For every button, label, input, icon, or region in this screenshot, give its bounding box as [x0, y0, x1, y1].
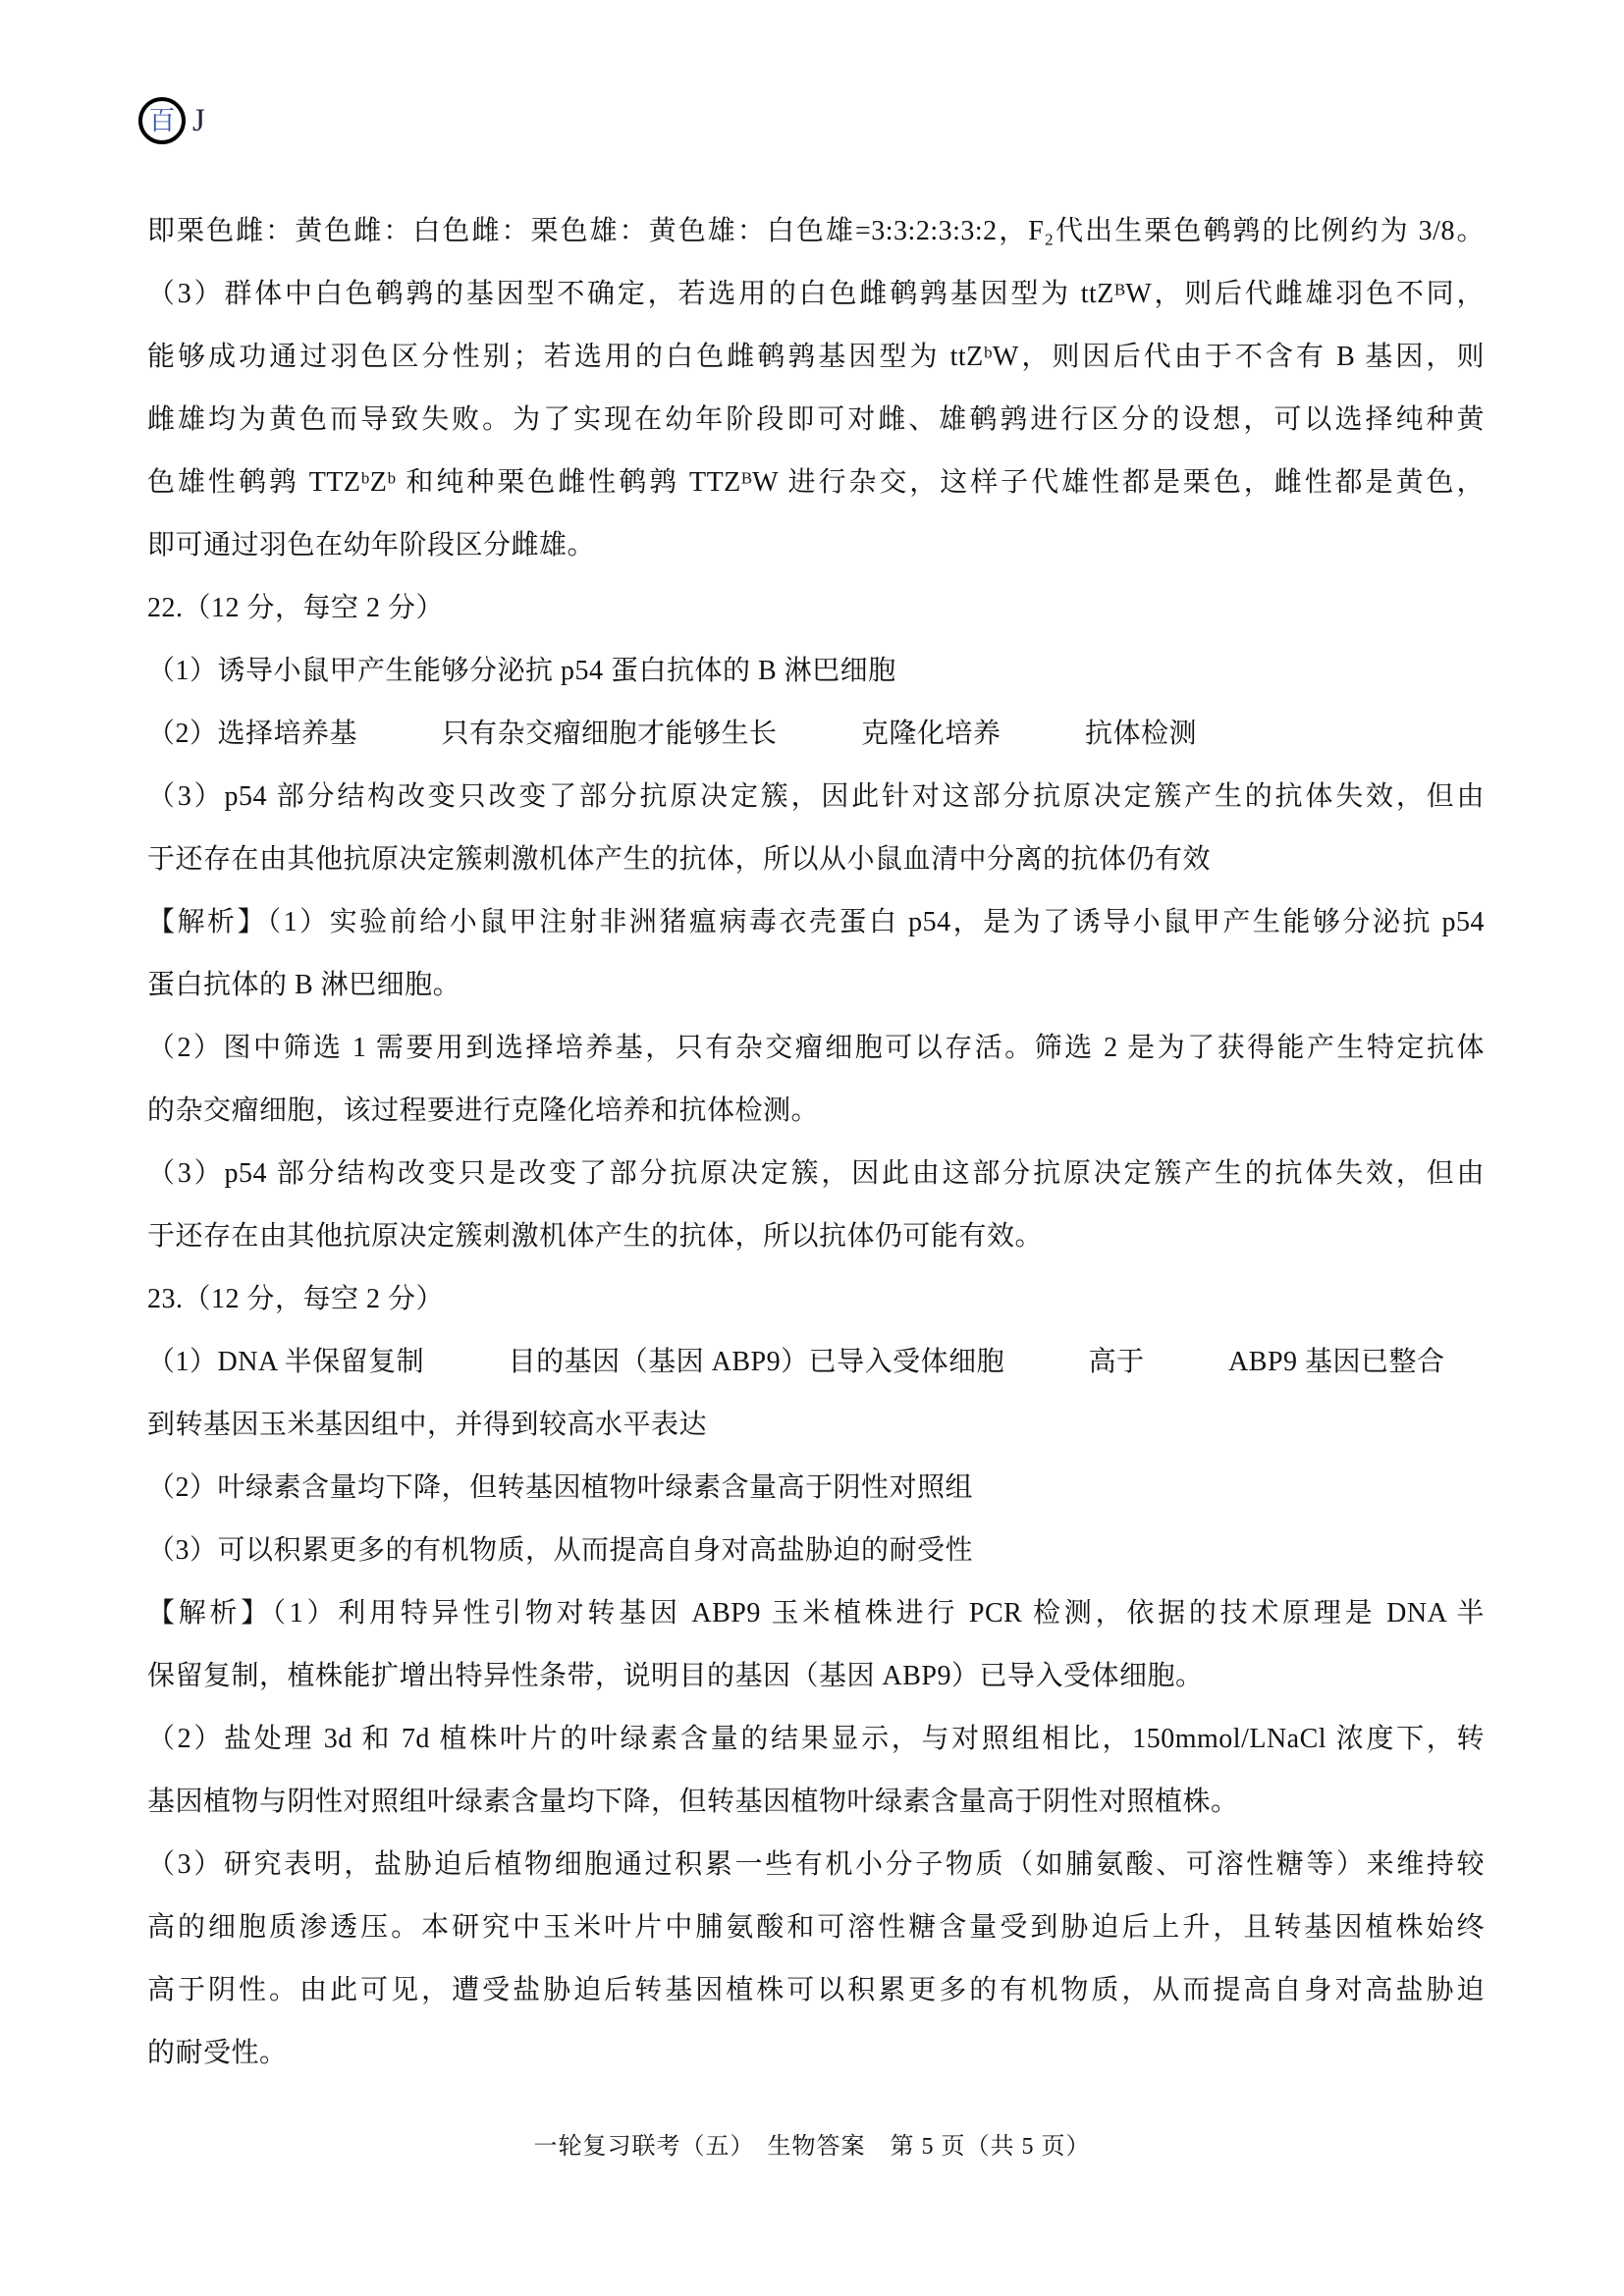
text-line: （2）图中筛选 1 需要用到选择培养基，只有杂交瘤细胞可以存活。筛选 2 是为了… — [147, 1017, 1485, 1080]
text-line: 23.（12 分，每空 2 分） — [147, 1268, 1485, 1331]
text-line: （1）DNA 半保留复制 目的基因（基因 ABP9）已导入受体细胞 高于 ABP… — [147, 1331, 1485, 1394]
brand-logo: 百 J — [138, 97, 205, 144]
text-line: （3）群体中白色鹌鹑的基因型不确定，若选用的白色雌鹌鹑基因型为 ttZᴮW，则后… — [147, 263, 1485, 326]
text-line: （2）盐处理 3d 和 7d 植株叶片的叶绿素含量的结果显示，与对照组相比，15… — [147, 1708, 1485, 1771]
text-line: （3）p54 部分结构改变只改变了部分抗原决定簇，因此针对这部分抗原决定簇产生的… — [147, 766, 1485, 828]
text-line: 的耐受性。 — [147, 2022, 1485, 2085]
logo-suffix: J — [192, 103, 205, 139]
text-line: 雌雄均为黄色而导致失败。为了实现在幼年阶段即可对雌、雄鹌鹑进行区分的设想，可以选… — [147, 389, 1485, 452]
text-line: 即栗色雌：黄色雌：白色雌：栗色雄：黄色雄：白色雄=3:3:2:3:3:2，F₂代… — [147, 200, 1485, 263]
page-footer: 一轮复习联考（五） 生物答案 第 5 页（共 5 页） — [0, 2127, 1624, 2166]
text-line: 【解析】（1）实验前给小鼠甲注射非洲猪瘟病毒衣壳蛋白 p54，是为了诱导小鼠甲产… — [147, 891, 1485, 954]
text-line: 高的细胞质渗透压。本研究中玉米叶片中脯氨酸和可溶性糖含量受到胁迫后上升，且转基因… — [147, 1896, 1485, 1959]
text-line: 22.（12 分，每空 2 分） — [147, 577, 1485, 640]
text-line: （1）诱导小鼠甲产生能够分泌抗 p54 蛋白抗体的 B 淋巴细胞 — [147, 640, 1485, 703]
text-line: 于还存在由其他抗原决定簇刺激机体产生的抗体，所以抗体仍可能有效。 — [147, 1205, 1485, 1268]
text-line: 蛋白抗体的 B 淋巴细胞。 — [147, 954, 1485, 1017]
text-line: 色雄性鹌鹑 TTZᵇZᵇ 和纯种栗色雌性鹌鹑 TTZᴮW 进行杂交，这样子代雄性… — [147, 452, 1485, 514]
text-line: 即可通过羽色在幼年阶段区分雌雄。 — [147, 514, 1485, 577]
text-line: 能够成功通过羽色区分性别；若选用的白色雌鹌鹑基因型为 ttZᵇW，则因后代由于不… — [147, 326, 1485, 389]
answer-body: 即栗色雌：黄色雌：白色雌：栗色雄：黄色雄：白色雄=3:3:2:3:3:2，F₂代… — [147, 200, 1485, 2085]
text-line: （2）选择培养基 只有杂交瘤细胞才能够生长 克隆化培养 抗体检测 — [147, 703, 1485, 766]
text-line: 高于阴性。由此可见，遭受盐胁迫后转基因植株可以积累更多的有机物质，从而提高自身对… — [147, 1959, 1485, 2022]
text-line: （3）p54 部分结构改变只是改变了部分抗原决定簇，因此由这部分抗原决定簇产生的… — [147, 1143, 1485, 1205]
text-line: （2）叶绿素含量均下降，但转基因植物叶绿素含量高于阴性对照组 — [147, 1457, 1485, 1520]
text-line: 的杂交瘤细胞，该过程要进行克隆化培养和抗体检测。 — [147, 1080, 1485, 1143]
logo-circle-icon: 百 — [138, 97, 186, 144]
text-line: 到转基因玉米基因组中，并得到较高水平表达 — [147, 1394, 1485, 1457]
text-line: 保留复制，植株能扩增出特异性条带，说明目的基因（基因 ABP9）已导入受体细胞。 — [147, 1645, 1485, 1708]
text-line: （3）研究表明，盐胁迫后植物细胞通过积累一些有机小分子物质（如脯氨酸、可溶性糖等… — [147, 1834, 1485, 1896]
logo-character: 百 — [149, 108, 176, 134]
text-line: 于还存在由其他抗原决定簇刺激机体产生的抗体，所以从小鼠血清中分离的抗体仍有效 — [147, 828, 1485, 891]
text-line: （3）可以积累更多的有机物质，从而提高自身对高盐胁迫的耐受性 — [147, 1520, 1485, 1582]
text-line: 基因植物与阴性对照组叶绿素含量均下降，但转基因植物叶绿素含量高于阴性对照植株。 — [147, 1771, 1485, 1834]
document-page: 百 J 即栗色雌：黄色雌：白色雌：栗色雄：黄色雄：白色雄=3:3:2:3:3:2… — [0, 0, 1624, 2296]
text-line: 【解析】（1）利用特异性引物对转基因 ABP9 玉米植株进行 PCR 检测，依据… — [147, 1582, 1485, 1645]
